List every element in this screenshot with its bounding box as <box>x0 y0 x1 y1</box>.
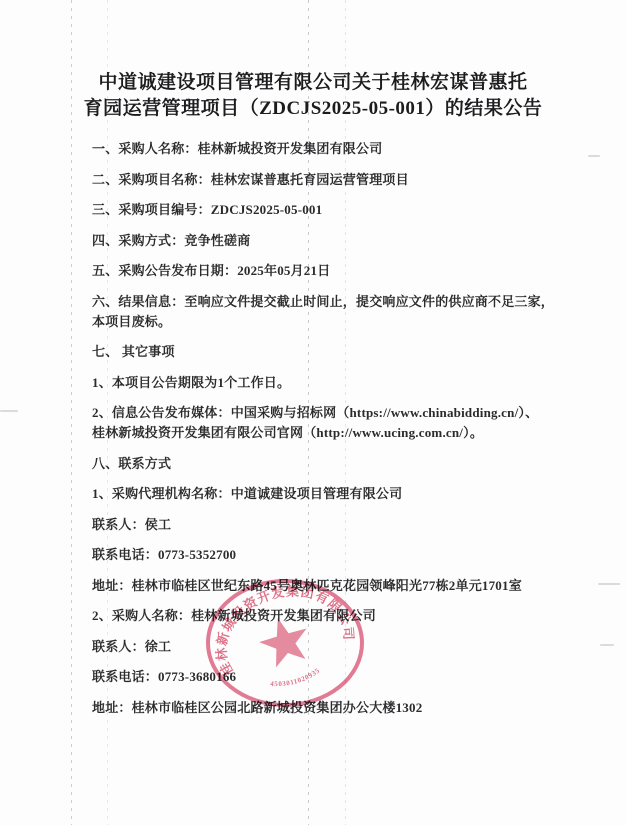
scan-artifact-line <box>345 0 346 825</box>
doc-line-publish-media: 2、信息公告发布媒体：中国采购与招标网（https://www.chinabid… <box>92 403 574 443</box>
scan-artifact-line <box>107 0 108 825</box>
scan-speck <box>0 410 18 412</box>
doc-line-announce-date: 五、采购公告发布日期：2025年05月21日 <box>92 261 574 281</box>
doc-line-purchaser-address: 地址：桂林市临桂区公园北路新城投资集团办公大楼1302 <box>92 698 574 718</box>
scan-speck <box>588 155 600 157</box>
doc-line-result-info: 六、结果信息：至响应文件提交截止时间止，提交响应文件的供应商不足三家， 本项目废… <box>92 292 574 332</box>
doc-line-agency-phone: 联系电话：0773-5352700 <box>92 545 574 565</box>
page-title: 中道诚建设项目管理有限公司关于桂林宏谋普惠托 育园运营管理项目（ZDCJS202… <box>0 0 626 122</box>
doc-line-agency-address: 地址：桂林市临桂区世纪东路45号奥林匹克花园领峰阳光77栋2单元1701室 <box>92 576 574 596</box>
scan-speck <box>600 644 614 646</box>
doc-line-other-matters: 七、 其它事项 <box>92 342 574 362</box>
document-page: 中道诚建设项目管理有限公司关于桂林宏谋普惠托 育园运营管理项目（ZDCJS202… <box>0 0 626 825</box>
doc-line-announce-period: 1、本项目公告期限为1个工作日。 <box>92 373 574 393</box>
scan-artifact-line <box>308 0 309 825</box>
scan-speck <box>598 583 620 585</box>
doc-line-purchaser: 一、采购人名称：桂林新城投资开发集团有限公司 <box>92 139 574 159</box>
doc-line-purchaser-name: 2、采购人名称：桂林新城投资开发集团有限公司 <box>92 606 574 626</box>
doc-line-project-name: 二、采购项目名称：桂林宏谋普惠托育园运营管理项目 <box>92 170 574 190</box>
doc-line-contact-section: 八、联系方式 <box>92 454 574 474</box>
doc-line-purchaser-phone: 联系电话：0773-3680166 <box>92 667 574 687</box>
doc-line-procurement-method: 四、采购方式：竞争性磋商 <box>92 231 574 251</box>
doc-line-agency-name: 1、采购代理机构名称：中道诚建设项目管理有限公司 <box>92 484 574 504</box>
doc-line-purchaser-contact: 联系人：徐工 <box>92 637 574 657</box>
scan-artifact-line <box>71 0 72 825</box>
doc-line-project-number: 三、采购项目编号：ZDCJS2025-05-001 <box>92 200 574 220</box>
doc-line-agency-contact: 联系人：侯工 <box>92 515 574 535</box>
document-body: 一、采购人名称：桂林新城投资开发集团有限公司 二、采购项目名称：桂林宏谋普惠托育… <box>0 122 624 718</box>
